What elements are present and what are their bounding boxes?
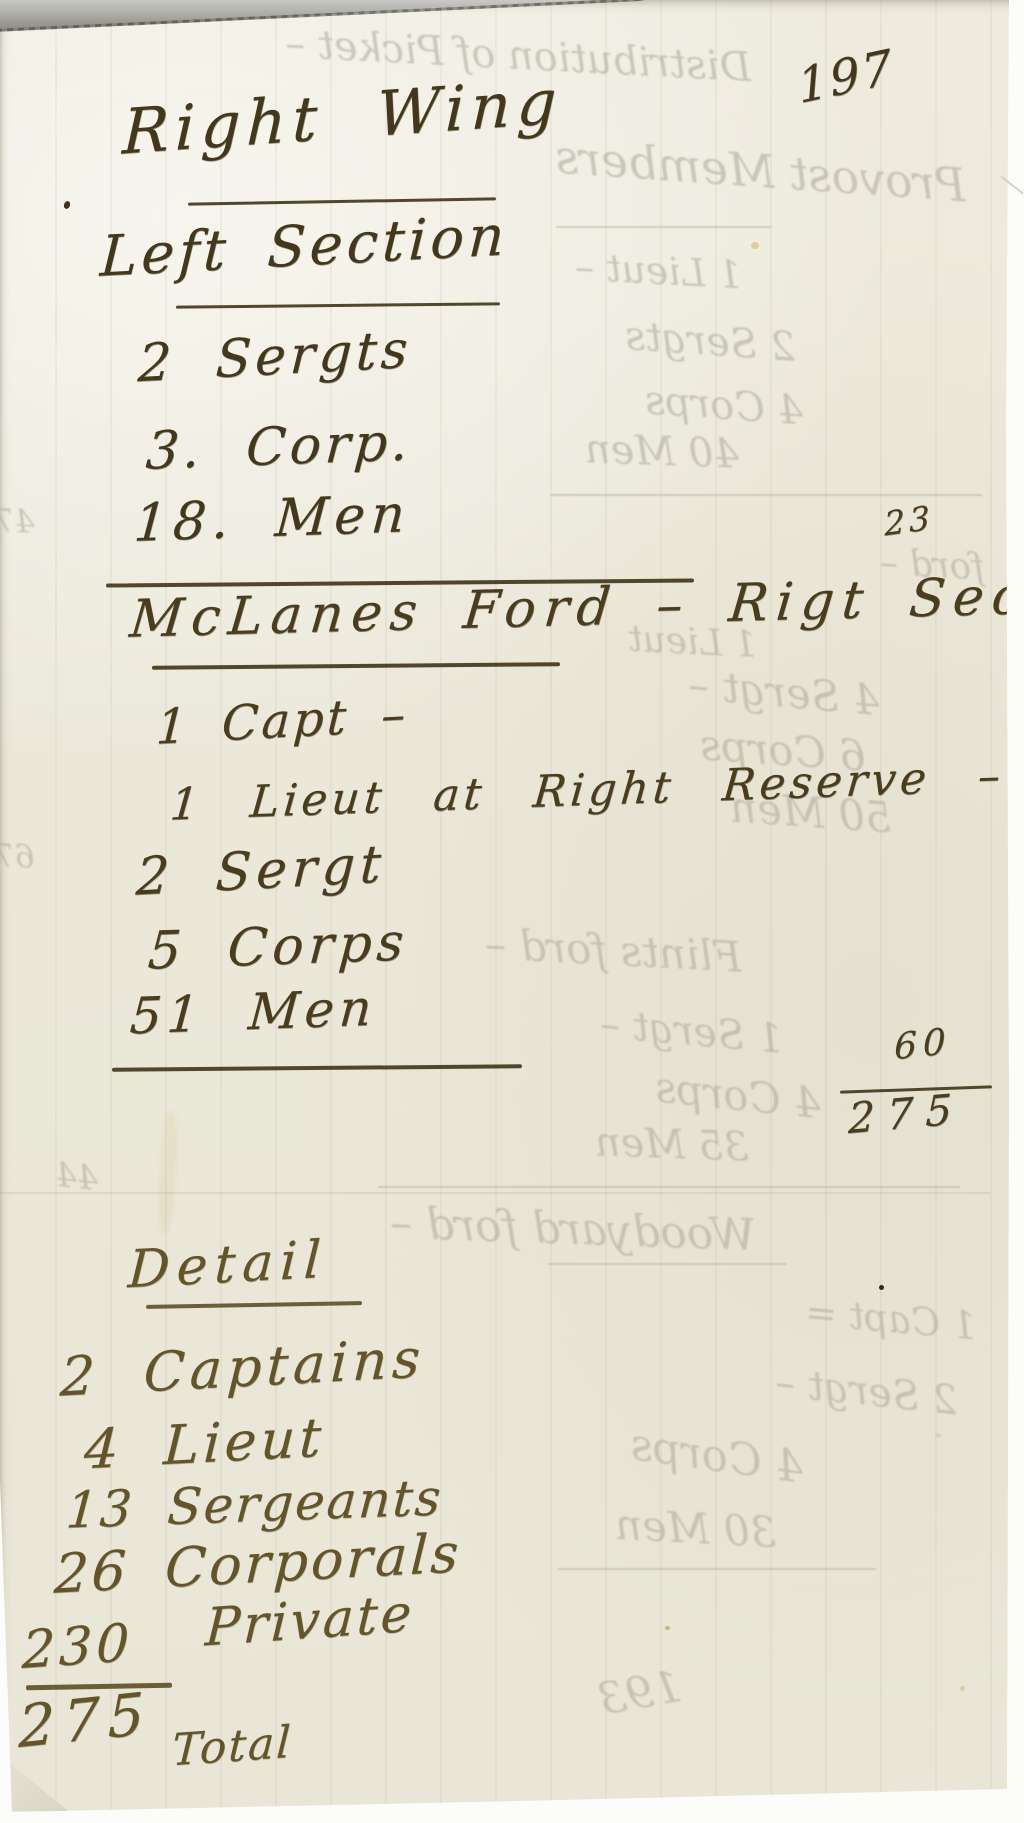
bleed-through-text: 4 Sergt – xyxy=(687,664,882,723)
page-number: 197 xyxy=(795,42,896,113)
heading-detail: Detail xyxy=(127,1233,329,1298)
bleed-through-text: 2 Sergt – xyxy=(773,1363,959,1422)
tally-line: 2 Captains xyxy=(59,1330,427,1406)
stain xyxy=(157,1112,179,1235)
heading-left-section: Left Section xyxy=(99,207,510,287)
section-end-rule xyxy=(112,1064,522,1072)
bleed-through-margin-number: 47 xyxy=(0,504,36,539)
bleed-through-rule xyxy=(556,226,771,228)
underline-left-section xyxy=(176,302,500,308)
underline-right-wing xyxy=(188,197,496,205)
heading-right-wing: Right Wing xyxy=(121,68,563,164)
crease xyxy=(0,1192,990,1194)
private-label: Private xyxy=(204,1587,416,1657)
underline-detail xyxy=(146,1301,362,1309)
ink-speck xyxy=(63,200,71,210)
document-photo: Distribution of Picket – Provost Members… xyxy=(0,0,1024,1823)
paper-sheet: Distribution of Picket – Provost Members… xyxy=(0,0,1024,1823)
underline-mclanes xyxy=(152,662,560,670)
bleed-through-margin-number: 44 xyxy=(53,1158,100,1196)
bleed-through-text: 4 Corps xyxy=(628,1423,806,1491)
fox-spot xyxy=(935,1433,941,1438)
tally-line: 2 Sergt xyxy=(135,837,388,905)
fox-spot xyxy=(665,1626,670,1630)
margin-total: 23 xyxy=(884,500,935,542)
bleed-through-margin-number: 67 xyxy=(0,839,36,874)
tally-line: 2 Sergts xyxy=(137,323,413,392)
bleed-through-text: 30 Men xyxy=(614,1504,778,1554)
bleed-through-text: Woodyard ford – xyxy=(389,1202,756,1259)
tally-line: 4 Lieut xyxy=(83,1410,327,1480)
bleed-through-text: 4 Corps xyxy=(653,1066,822,1125)
tally-line: 51 Men xyxy=(128,982,378,1043)
bleed-through-text: 1 Lieut – xyxy=(574,248,743,295)
total-label: Total xyxy=(171,1720,294,1775)
ink-speck xyxy=(879,1285,884,1290)
sum-bottom: 275 xyxy=(848,1087,965,1141)
bleed-through-text: 2 Sergts xyxy=(624,316,797,368)
bleed-through-text: 193 xyxy=(595,1665,685,1723)
sum-top: 60 xyxy=(894,1023,951,1067)
total-count: 275 xyxy=(18,1683,152,1758)
bleed-through-rule xyxy=(558,1568,876,1570)
bleed-through-text: 1 Sergt – xyxy=(599,1004,785,1060)
bleed-through-rule xyxy=(548,1263,786,1265)
private-count: 230 xyxy=(21,1616,134,1679)
tally-line: 1 Capt – xyxy=(155,689,410,753)
bleed-through-text: Flints ford – xyxy=(484,923,743,978)
tally-line: 18. Men xyxy=(132,487,412,551)
bleed-through-rule xyxy=(378,1186,960,1188)
fox-spot xyxy=(751,242,759,249)
bleed-through-text: Provost Members xyxy=(554,134,967,209)
heading-mclanes-ford: McLanes Ford – Rigt Sectn xyxy=(128,567,1024,647)
bleed-through-text: 4 Corps xyxy=(644,381,805,432)
tally-line: 5 Corps xyxy=(146,915,410,979)
tally-line: 3. Corp. xyxy=(144,415,414,479)
bleed-through-text: 35 Men xyxy=(594,1122,749,1167)
bleed-through-rule xyxy=(550,494,982,496)
folded-corner xyxy=(10,1757,68,1811)
fox-spot xyxy=(960,1686,965,1691)
bleed-through-text: 1 Capt = xyxy=(804,1293,978,1346)
bleed-through-text: 40 Men xyxy=(584,429,739,474)
